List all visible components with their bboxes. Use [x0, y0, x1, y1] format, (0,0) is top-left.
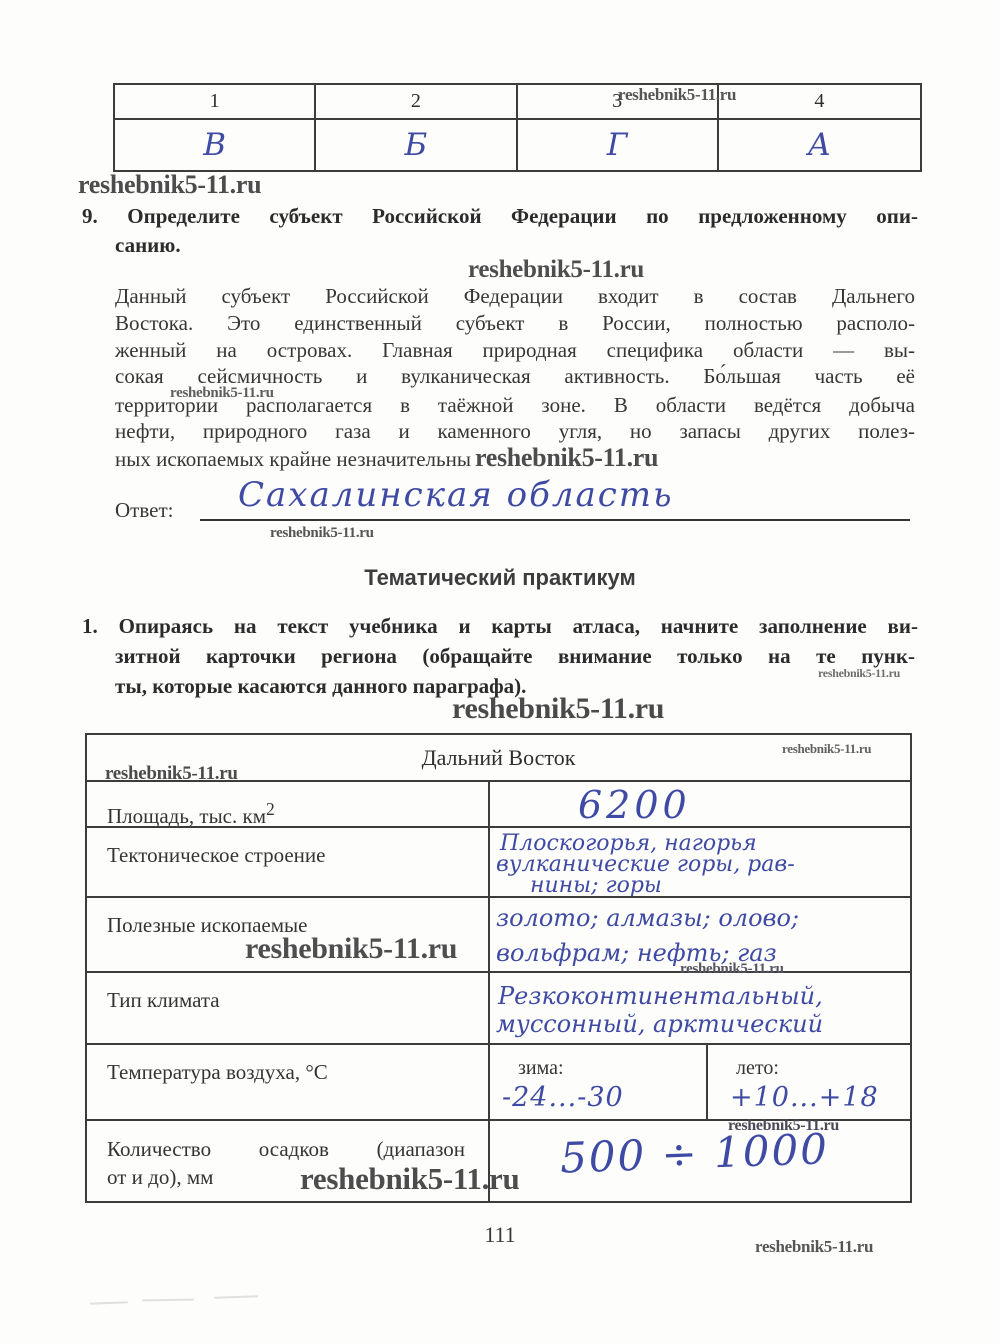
pencil-mark	[214, 1295, 258, 1299]
answer-grid-answer-3: Г	[518, 120, 719, 170]
handwritten-minerals-line: золото; алмазы; олово;	[496, 905, 799, 931]
answer-grid-table: 1 2 3 4 В Б Г А	[113, 83, 922, 172]
row-tectonics-label: Тектоническое строение	[87, 826, 488, 896]
area-label-text: Площадь, тыс. км	[107, 804, 266, 828]
row-minerals-value: золото; алмазы; олово; вольфрам; нефть; …	[488, 896, 910, 971]
row-area-label: Площадь, тыс. км2	[87, 780, 488, 826]
handwritten-climate-line: Резкоконтинентальный,	[498, 983, 823, 1009]
description-line: территории располагается в таёжной зоне.…	[115, 392, 915, 419]
watermark: reshebnik5-11.ru	[475, 445, 658, 471]
precipitation-label-line: Количество осадков (диапазон	[107, 1135, 465, 1163]
watermark: reshebnik5-11.ru	[105, 764, 238, 783]
area-label-sup: 2	[266, 799, 275, 819]
watermark: reshebnik5-11.ru	[300, 1163, 519, 1194]
question9-prompt-line1: 9. Определите субъект Российской Федерац…	[82, 203, 918, 230]
handwritten-climate-line: муссонный, арктический	[496, 1011, 823, 1037]
handwritten-precipitation-value: 500 ÷ 1000	[559, 1126, 829, 1182]
watermark: reshebnik5-11.ru	[468, 257, 644, 282]
description-line: Востока. Это единственный субъект в Росс…	[115, 310, 915, 337]
watermark: reshebnik5-11.ru	[782, 742, 871, 755]
description-line: женный на островах. Главная природная сп…	[115, 337, 915, 364]
answer-grid-answer-2: Б	[316, 120, 517, 170]
watermark: reshebnik5-11.ru	[618, 86, 736, 103]
task1-line: 1. Опираясь на текст учебника и карты ат…	[82, 613, 918, 640]
handwritten-winter-value: -24...-30	[502, 1083, 624, 1113]
handwritten-summer-value: +10...+18	[730, 1083, 879, 1113]
row-tectonics-value: Плоскогорья, нагорья вулканические горы,…	[488, 826, 910, 896]
row-climate-label: Тип климата	[87, 971, 488, 1043]
watermark: reshebnik5-11.ru	[245, 934, 457, 964]
watermark: reshebnik5-11.ru	[270, 526, 374, 541]
row-temperature-label: Температура воздуха, °С	[87, 1043, 488, 1119]
answer-grid-header-4: 4	[719, 85, 920, 120]
watermark: reshebnik5-11.ru	[755, 1238, 873, 1255]
description-line: ных ископаемых крайне незначительны	[115, 446, 471, 473]
watermark: reshebnik5-11.ru	[452, 694, 664, 724]
winter-label: зима:	[490, 1045, 706, 1080]
pencil-mark	[90, 1301, 128, 1304]
answer-grid-answer-1: В	[115, 120, 316, 170]
summer-label: лето:	[708, 1045, 910, 1080]
description-line: нефти, природного газа и каменного угля,…	[115, 418, 915, 445]
handwritten-answer: Сахалинская область	[238, 477, 674, 514]
handwritten-tectonics-line: нины; горы	[530, 874, 662, 898]
workbook-page: 1 2 3 4 В Б Г А reshebnik5-11.ru reshebn…	[0, 0, 1000, 1344]
row-climate-value: Резкоконтинентальный, муссонный, арктиче…	[488, 971, 910, 1043]
task1-line: зитной карточки региона (обращайте внима…	[115, 643, 915, 670]
answer-grid-answer-4: А	[719, 120, 920, 170]
watermark: reshebnik5-11.ru	[728, 1118, 839, 1134]
answer-grid-header-2: 2	[316, 85, 517, 120]
row-area-value: 6200	[488, 780, 910, 826]
handwritten-area-value: 6200	[578, 785, 691, 827]
temperature-summer-cell: лето: +10...+18	[706, 1045, 910, 1119]
description-line: Данный субъект Российской Федерации вход…	[115, 283, 915, 310]
answer-label: Ответ:	[115, 497, 173, 524]
watermark: reshebnik5-11.ru	[680, 962, 784, 977]
section-heading: Тематический практикум	[0, 565, 1000, 591]
pencil-mark	[142, 1299, 194, 1302]
row-temperature-value: зима: -24...-30 лето: +10...+18	[488, 1043, 910, 1119]
answer-grid-header-1: 1	[115, 85, 316, 120]
watermark: reshebnik5-11.ru	[78, 172, 261, 198]
row-precipitation-value: 500 ÷ 1000	[488, 1119, 910, 1201]
temperature-winter-cell: зима: -24...-30	[490, 1045, 706, 1119]
question9-prompt-line2: санию.	[115, 232, 181, 259]
watermark: reshebnik5-11.ru	[818, 667, 900, 679]
